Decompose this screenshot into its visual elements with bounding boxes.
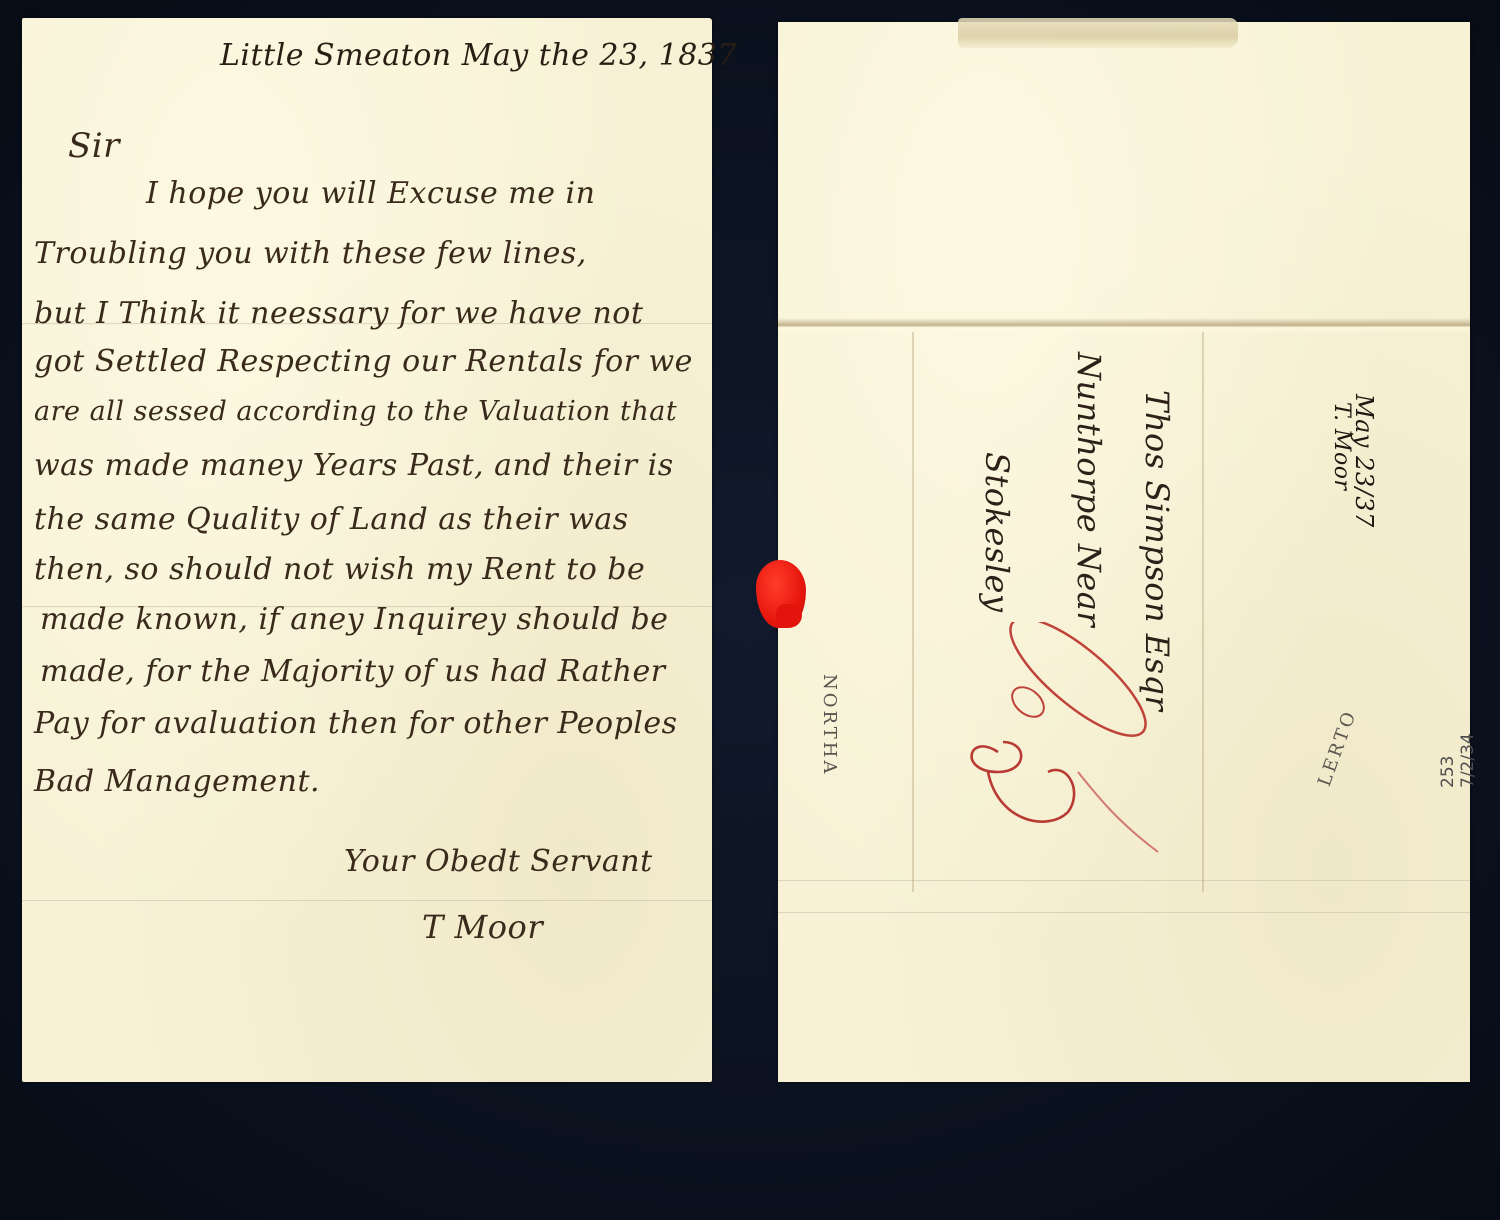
- docket-date: May 23/37: [1350, 394, 1378, 528]
- body-line: Troubling you with these few lines,: [34, 236, 587, 271]
- dateline: Little Smeaton May the 23, 1837: [220, 38, 737, 73]
- body-line: got Settled Respecting our Rentals for w…: [34, 344, 693, 379]
- body-line: was made maney Years Past, and their is: [34, 448, 674, 483]
- body-line: made known, if aney Inquirey should be: [40, 602, 668, 637]
- body-line: made, for the Majority of us had Rather: [40, 654, 666, 689]
- body-line: are all sessed according to the Valuatio…: [34, 396, 677, 427]
- paper-fold: [778, 318, 1470, 334]
- docket-name: T. Moor: [1329, 402, 1354, 490]
- address-page: Thos Simpson Esqr Nunthorpe Near Stokesl…: [778, 22, 1470, 1082]
- pencil-note: 253 7/2/34: [1438, 733, 1478, 788]
- address-line: Nunthorpe Near: [1070, 352, 1108, 627]
- postmark-right: LERTO: [1318, 682, 1428, 792]
- letter-page: Little Smeaton May the 23, 1837 Sir I ho…: [22, 18, 712, 1082]
- body-line: but I Think it neessary for we have not: [34, 296, 643, 331]
- paper-fold: [778, 912, 1470, 914]
- paper-fold: [22, 900, 712, 902]
- address-line: Stokesley: [978, 452, 1016, 613]
- wax-seal: [756, 560, 806, 628]
- closing: Your Obedt Servant: [344, 844, 653, 879]
- torn-edge: [958, 18, 1238, 48]
- body-line: then, so should not wish my Rent to be: [34, 552, 645, 587]
- body-line: I hope you will Excuse me in: [146, 176, 595, 211]
- body-line: Pay for avaluation then for other People…: [34, 706, 678, 741]
- signature: T Moor: [422, 908, 543, 946]
- salutation: Sir: [68, 126, 120, 166]
- body-line: the same Quality of Land as their was: [34, 502, 629, 537]
- body-line: Bad Management.: [34, 764, 320, 799]
- paper-fold: [912, 332, 914, 892]
- postmark-left: NORTHA: [750, 662, 860, 772]
